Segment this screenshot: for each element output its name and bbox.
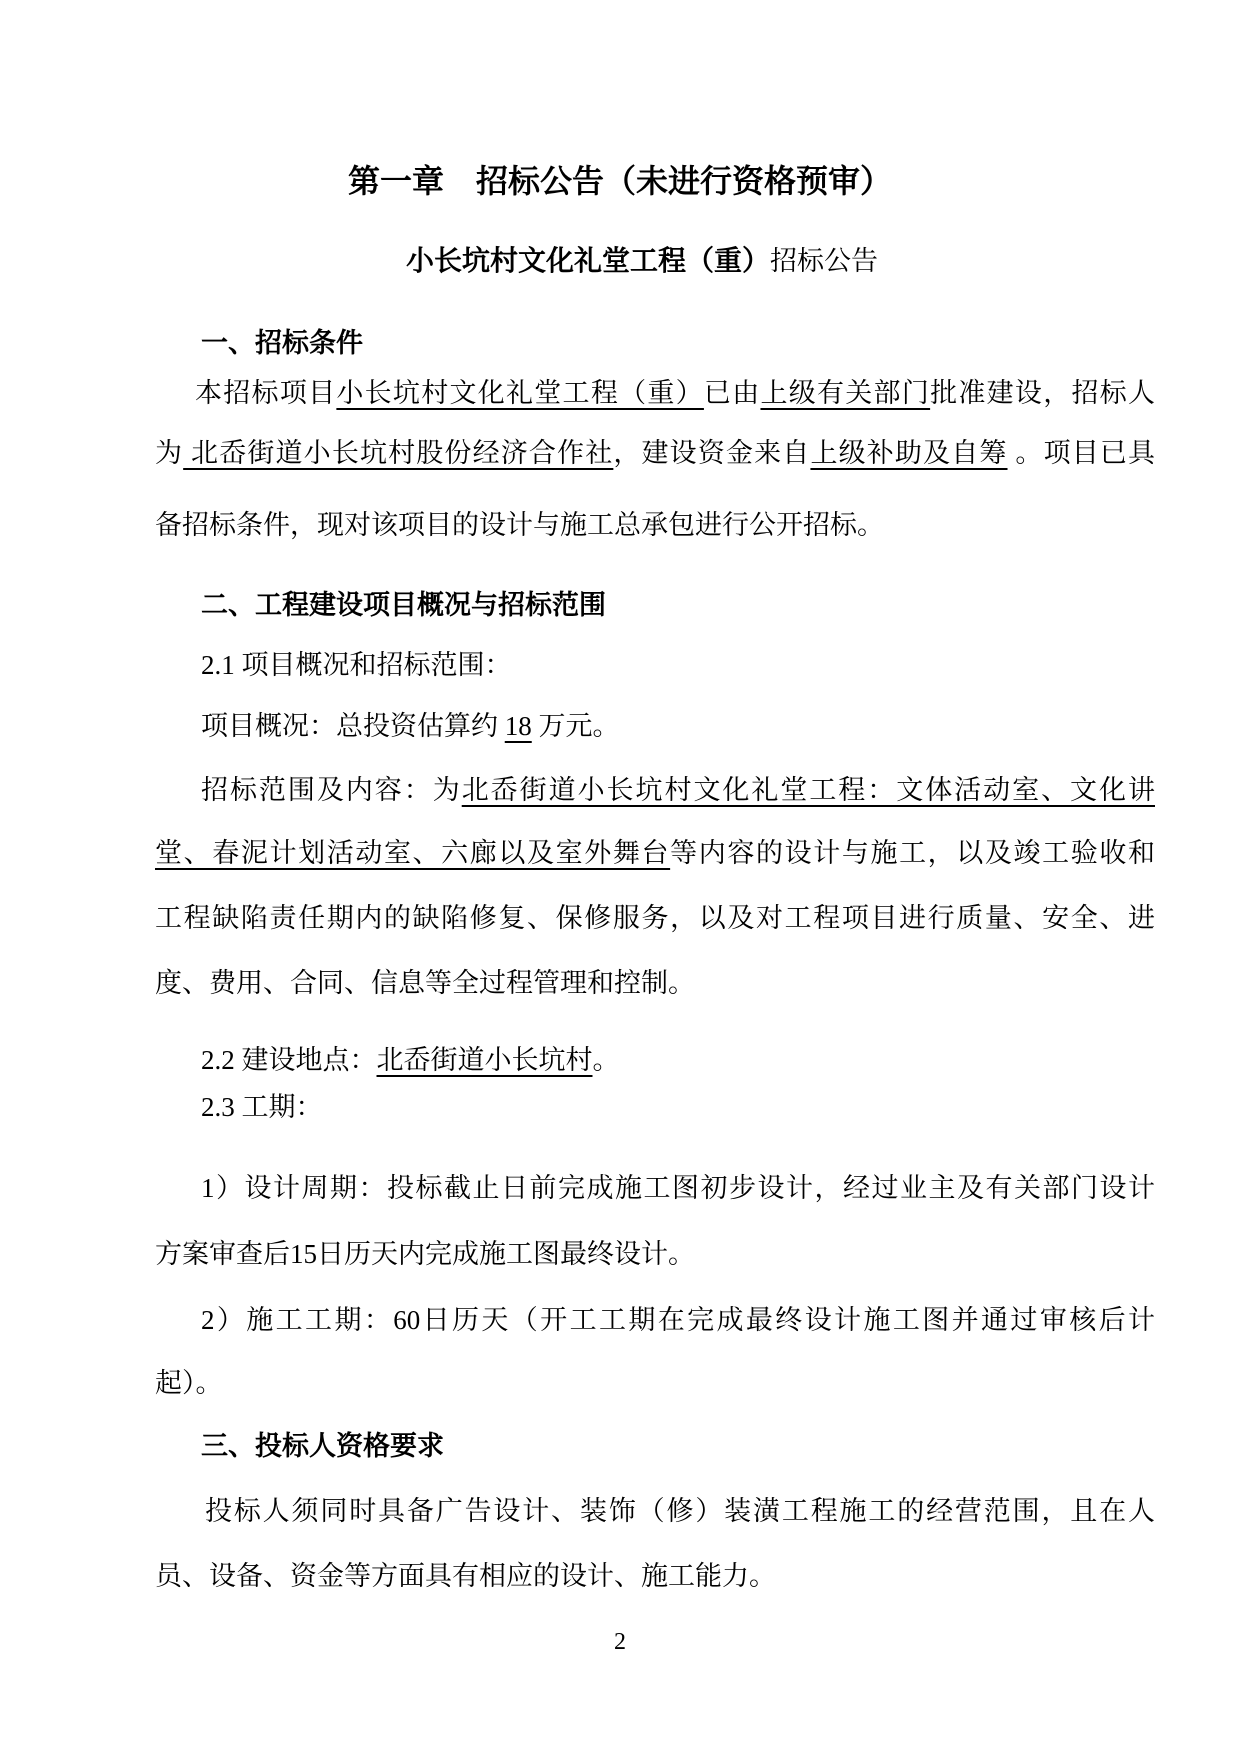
text-run: 批准建设，招标人 xyxy=(930,378,1155,408)
underlined-approver: 上级有关部门 xyxy=(760,378,930,408)
section1-paragraph-line1: 本招标项目小长坑村文化礼堂工程（重）已由上级有关部门批准建设，招标人 xyxy=(155,375,1155,411)
text-run: 等内容的设计与施工，以及竣工验收和 xyxy=(670,838,1155,868)
underlined-project-name: 小长坑村文化礼堂工程（重） xyxy=(336,378,704,408)
project-overview-line: 项目概况：总投资估算约 18 万元。 xyxy=(155,708,1155,744)
construction-period-line2: 起）。 xyxy=(155,1365,1155,1401)
document-subtitle: 小长坑村文化礼堂工程（重）招标公告 xyxy=(0,243,1240,279)
text-run: 为 xyxy=(155,438,183,468)
underlined-location: 北岙街道小长坑村 xyxy=(377,1045,593,1075)
page-number: 2 xyxy=(0,1627,1240,1657)
subtitle-project-name: 小长坑村文化礼堂工程（重） xyxy=(406,245,770,276)
underlined-funding-source: 上级补助及自筹 xyxy=(810,438,1007,468)
section1-paragraph-line3: 备招标条件，现对该项目的设计与施工总承包进行公开招标。 xyxy=(155,507,1155,543)
text-run: 。 xyxy=(593,1045,620,1075)
construction-period-line1: 2）施工工期：60日历天（开工工期在完成最终设计施工图并通过审核后计 xyxy=(155,1302,1155,1338)
chapter-title: 第一章 招标公告（未进行资格预审） xyxy=(0,161,1240,201)
bid-scope-line2: 堂、春泥计划活动室、六廊以及室外舞台等内容的设计与施工，以及竣工验收和 xyxy=(155,835,1155,871)
text-run: 万元。 xyxy=(532,711,620,741)
underlined-investment-amount: 18 xyxy=(505,711,532,741)
text-run: 。项目已具 xyxy=(1008,438,1156,468)
section2-heading: 二、工程建设项目概况与招标范围 xyxy=(155,587,1155,623)
text-run: 招标范围及内容：为 xyxy=(201,775,462,805)
text-run: 2.2 建设地点： xyxy=(201,1045,377,1075)
section1-heading: 一、招标条件 xyxy=(155,325,1155,361)
design-period-line2: 方案审查后15日历天内完成施工图最终设计。 xyxy=(155,1236,1155,1272)
underlined-scope-part1: 北岙街道小长坑村文化礼堂工程：文体活动室、文化讲 xyxy=(462,775,1155,805)
section3-paragraph-line1: 投标人须同时具备广告设计、装饰（修）装潢工程施工的经营范围，且在人 xyxy=(155,1493,1155,1529)
bid-scope-line1: 招标范围及内容：为北岙街道小长坑村文化礼堂工程：文体活动室、文化讲 xyxy=(155,772,1155,808)
item-2-2: 2.2 建设地点：北岙街道小长坑村。 xyxy=(155,1042,1155,1078)
design-period-line1: 1）设计周期：投标截止日前完成施工图初步设计，经过业主及有关部门设计 xyxy=(155,1170,1155,1206)
text-run: 项目概况：总投资估算约 xyxy=(201,711,505,741)
text-run: 本招标项目 xyxy=(195,378,336,408)
section3-heading: 三、投标人资格要求 xyxy=(155,1428,1155,1464)
text-run: 已由 xyxy=(704,378,761,408)
section3-paragraph-line2: 员、设备、资金等方面具有相应的设计、施工能力。 xyxy=(155,1558,1155,1594)
underlined-tenderer-name: 北岙街道小长坑村股份经济合作社 xyxy=(183,438,613,468)
bid-scope-line3: 工程缺陷责任期内的缺陷修复、保修服务，以及对工程项目进行质量、安全、进 xyxy=(155,900,1155,936)
section1-paragraph-line2: 为 北岙街道小长坑村股份经济合作社，建设资金来自上级补助及自筹 。项目已具 xyxy=(155,435,1155,471)
subtitle-suffix: 招标公告 xyxy=(770,246,878,276)
underlined-scope-part2: 堂、春泥计划活动室、六廊以及室外舞台 xyxy=(155,838,670,868)
document-page: 第一章 招标公告（未进行资格预审） 小长坑村文化礼堂工程（重）招标公告 一、招标… xyxy=(0,0,1240,1753)
text-run: ，建设资金来自 xyxy=(613,438,810,468)
item-2-3: 2.3 工期： xyxy=(155,1089,1155,1125)
bid-scope-line4: 度、费用、合同、信息等全过程管理和控制。 xyxy=(155,965,1155,1001)
item-2-1: 2.1 项目概况和招标范围： xyxy=(155,647,1155,683)
